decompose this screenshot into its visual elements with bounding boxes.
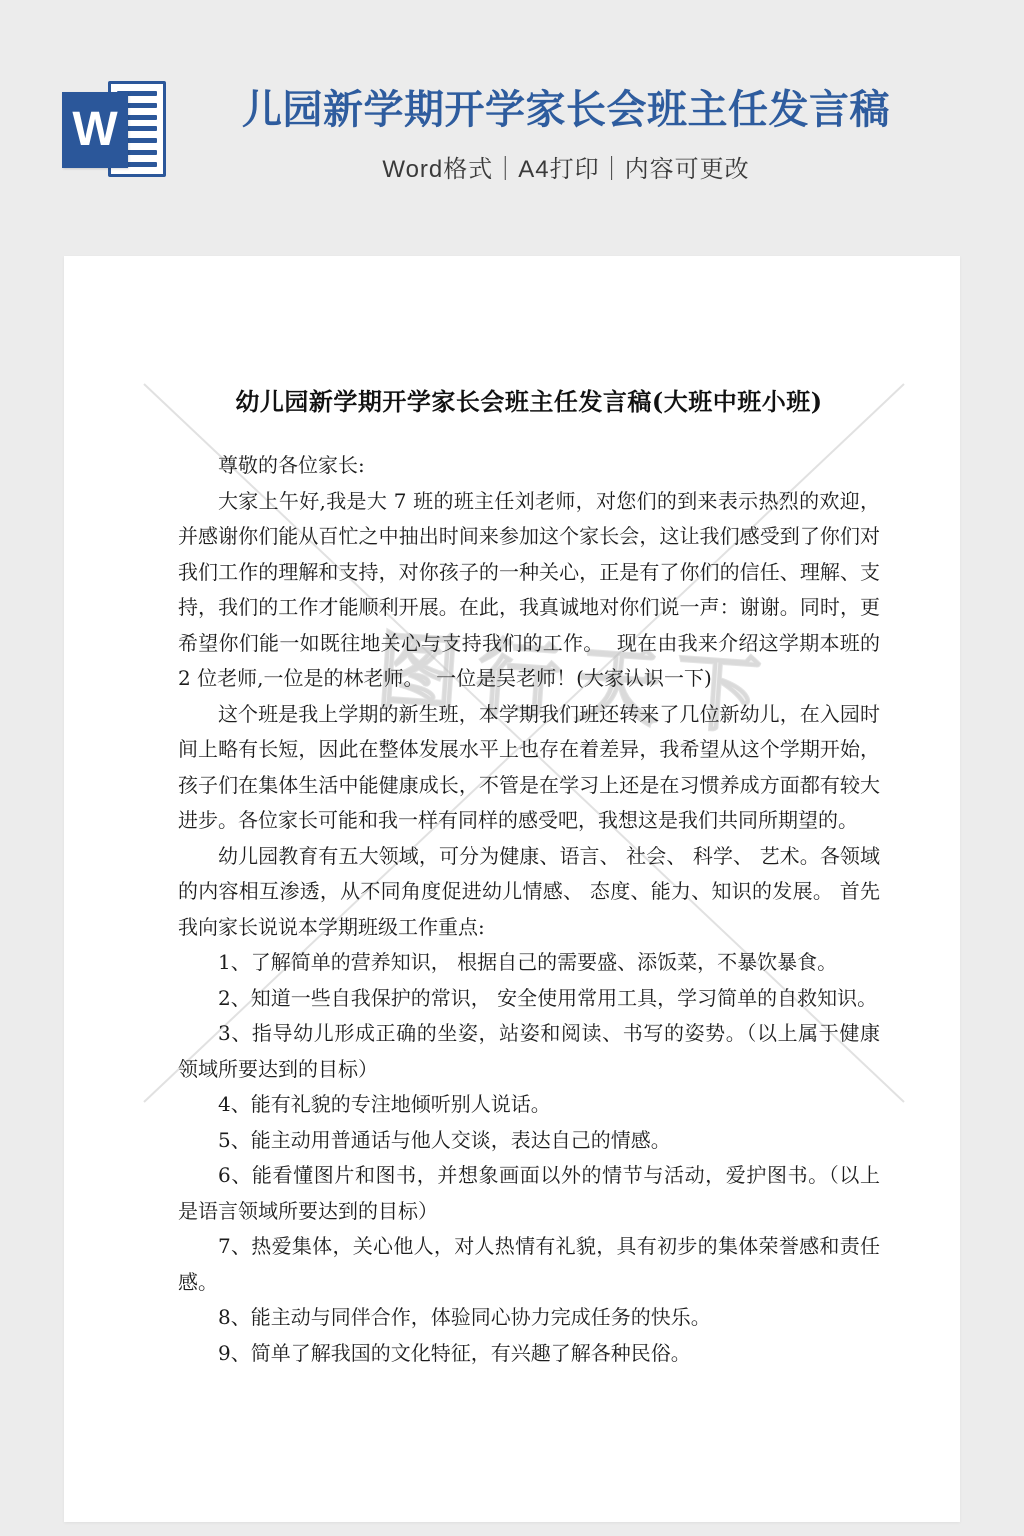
document-title: 幼儿园新学期开学家长会班主任发言稿(大班中班小班) xyxy=(178,382,880,417)
document-paragraph: 幼儿园教育有五大领域，可分为健康、语言、 社会、 科学、 艺术。各领域的内容相互… xyxy=(178,839,880,946)
header-text: 儿园新学期开学家长会班主任发言稿 Word格式｜A4打印｜内容可更改 xyxy=(242,78,890,184)
document-paragraph: 6、能看懂图片和图书，并想象画面以外的情节与活动，爱护图书。（以上是语言领域所要… xyxy=(178,1158,880,1229)
document-paragraph: 2、知道一些自我保护的常识， 安全使用常用工具，学习简单的自救知识。 xyxy=(178,981,880,1017)
word-file-icon: W xyxy=(62,78,168,182)
document-paragraph: 5、能主动用普通话与他人交谈，表达自己的情感。 xyxy=(178,1123,880,1159)
document-paragraph: 8、能主动与同伴合作，体验同心协力完成任务的快乐。 xyxy=(178,1300,880,1336)
document-paragraph: 大家上午好,我是大 7 班的班主任刘老师，对您们的到来表示热烈的欢迎，并感谢你们… xyxy=(178,484,880,697)
word-icon-w-letter: W xyxy=(62,92,128,168)
document-page: 图行天下 幼儿园新学期开学家长会班主任发言稿(大班中班小班) 尊敬的各位家长:大… xyxy=(64,256,960,1522)
document-paragraph: 尊敬的各位家长: xyxy=(178,448,880,484)
page-title: 儿园新学期开学家长会班主任发言稿 xyxy=(242,88,890,132)
document-content: 幼儿园新学期开学家长会班主任发言稿(大班中班小班) 尊敬的各位家长:大家上午好,… xyxy=(64,256,960,1371)
document-paragraph: 9、简单了解我国的文化特征，有兴趣了解各种民俗。 xyxy=(178,1336,880,1372)
header: W 儿园新学期开学家长会班主任发言稿 Word格式｜A4打印｜内容可更改 xyxy=(62,78,890,184)
document-paragraph: 4、能有礼貌的专注地倾听别人说话。 xyxy=(178,1087,880,1123)
document-body: 尊敬的各位家长:大家上午好,我是大 7 班的班主任刘老师，对您们的到来表示热烈的… xyxy=(178,448,880,1371)
document-paragraph: 3、指导幼儿形成正确的坐姿，站姿和阅读、书写的姿势。（以上属于健康领域所要达到的… xyxy=(178,1016,880,1087)
page-subtitle: Word格式｜A4打印｜内容可更改 xyxy=(242,149,890,184)
document-paragraph: 这个班是我上学期的新生班，本学期我们班还转来了几位新幼儿，在入园时间上略有长短，… xyxy=(178,697,880,839)
document-paragraph: 1、了解简单的营养知识， 根据自己的需要盛、添饭菜，不暴饮暴食。 xyxy=(178,945,880,981)
document-paragraph: 7、热爱集体，关心他人，对人热情有礼貌，具有初步的集体荣誉感和责任感。 xyxy=(178,1229,880,1300)
